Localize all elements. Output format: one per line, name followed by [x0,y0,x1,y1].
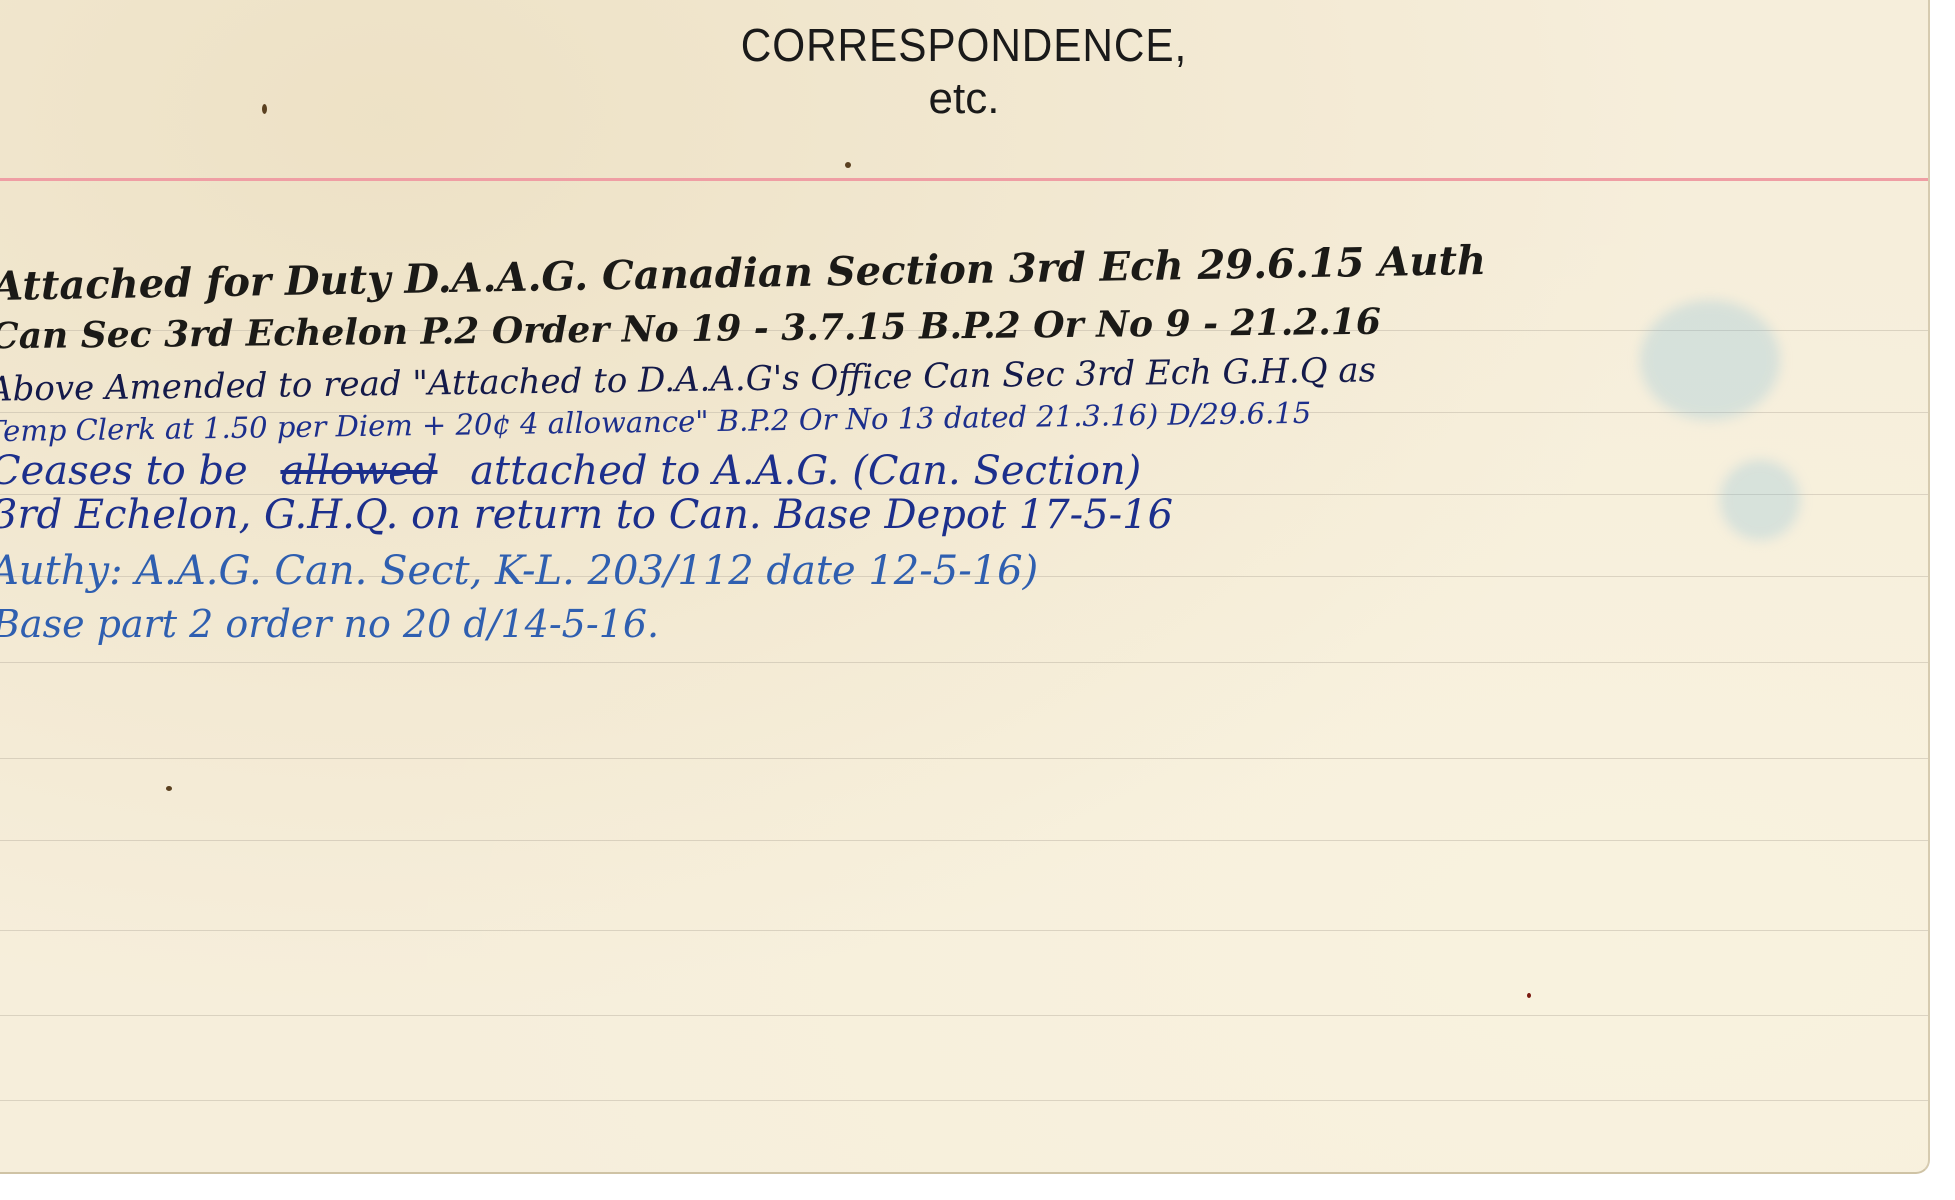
ink-stain [1640,300,1780,420]
ruled-line [0,758,1928,759]
paper-spot [166,786,172,791]
ruled-line [0,1100,1928,1101]
record-card: CORRESPONDENCE, etc. Attached for Duty D… [0,0,1930,1174]
ruled-line [0,840,1928,841]
entry-text: attached to A.A.G. (Can. Section) [470,448,1141,494]
entry-line-8: Base part 2 order no 20 d/14-5-16. [0,602,659,646]
paper-spot [845,162,851,168]
ruled-line [0,662,1928,663]
entry-line-2: Can Sec 3rd Echelon P.2 Order No 19 - 3.… [0,301,1381,358]
paper-spot [262,104,267,114]
entry-line-7: Authy: A.A.G. Can. Sect, K-L. 203/112 da… [0,548,1038,594]
struck-text: allowed [280,448,437,494]
entry-text: Ceases to be [0,448,248,494]
ruled-line [0,930,1928,931]
entry-line-5: Ceases to be allowed attached to A.A.G. … [0,448,1141,494]
paper-spot [1527,993,1531,998]
card-subheading: etc. [0,74,1928,124]
entry-line-6: 3rd Echelon, G.H.Q. on return to Can. Ba… [0,492,1173,538]
ruled-line [0,1015,1928,1016]
card-heading: CORRESPONDENCE, [77,18,1851,72]
ink-stain [1720,460,1800,540]
entry-line-1: Attached for Duty D.A.A.G. Canadian Sect… [0,237,1486,310]
header-rule [0,178,1928,181]
